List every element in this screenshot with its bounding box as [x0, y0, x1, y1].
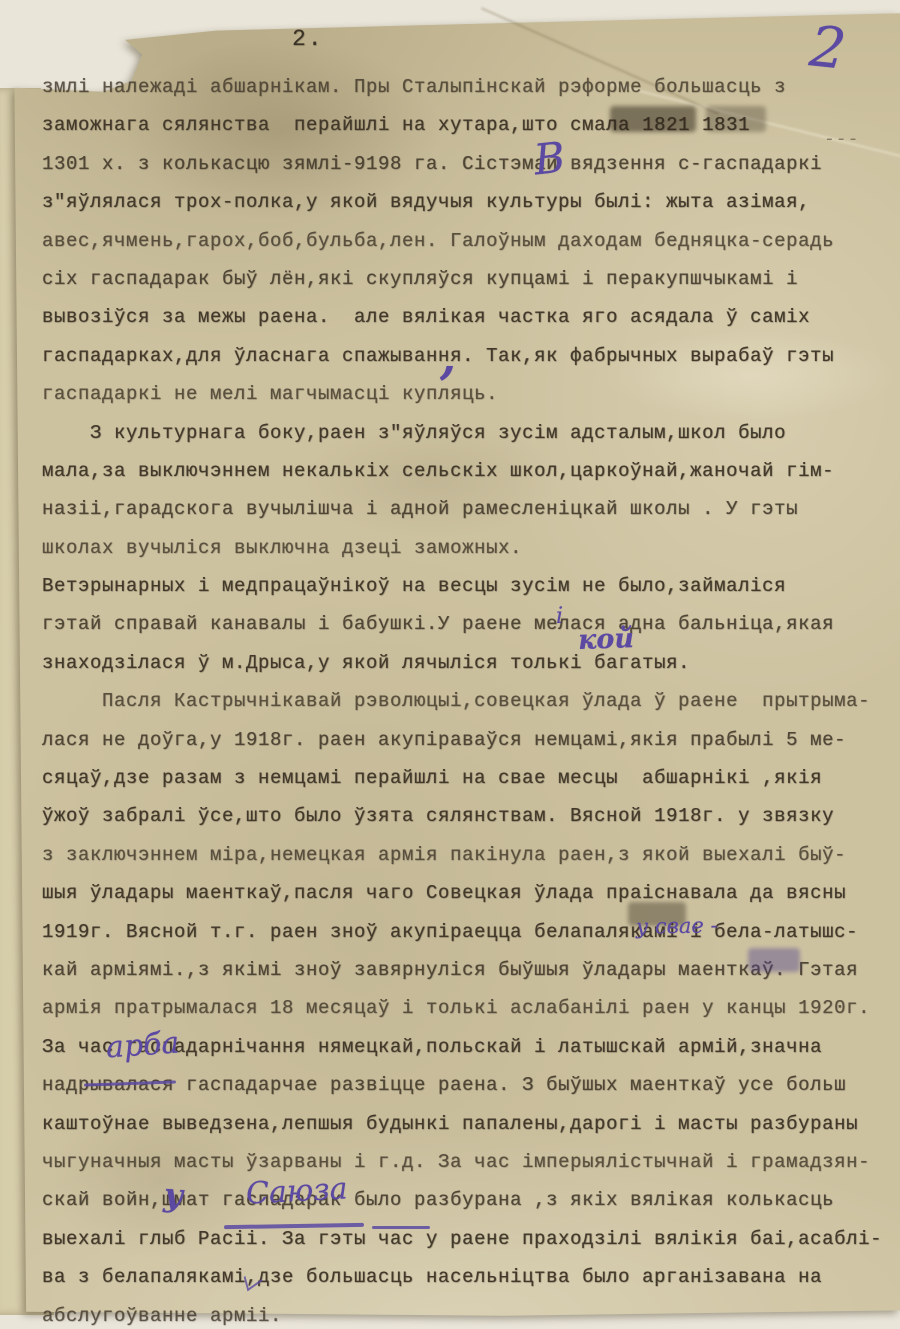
typed-line: гэтай справай канавалы і бабушкі.У раене…	[42, 605, 894, 643]
typed-line: знаходзілася ў м.Дрыса,у якой лячыліся т…	[42, 644, 894, 682]
correction-u-svaje: у свае -	[636, 913, 718, 938]
typed-line: сіх гаспадарак быў лён,які скупляўся куп…	[42, 260, 894, 298]
correction-i-insert: і	[556, 604, 563, 629]
typed-line: авес,ячмень,гарох,боб,бульба,лен. Галоўн…	[42, 222, 894, 260]
correction-comma-insert: ,	[440, 330, 456, 384]
typed-text-block: змлі належаді абшарнікам. Пры Сталыпінск…	[42, 68, 894, 1329]
typed-line: заможнага сялянства перайшлі на хутара,ш…	[42, 106, 894, 144]
typed-line: вывозіўся за межы раена. але вялікая час…	[42, 298, 894, 336]
typed-line: гаспадарках,для ўласнага спажывання. Так…	[42, 337, 894, 375]
typed-line: 1301 х. з колькасцю зямлі-9198 га. Сістэ…	[42, 145, 894, 183]
typed-line: выехалі глыб Расіі. За гэты час у раене …	[42, 1220, 894, 1258]
typed-line: назіі,гарадскога вучылішча і адной рамес…	[42, 490, 894, 528]
typed-line: сяцаў,дзе разам з немцамі перайшлі на св…	[42, 759, 894, 797]
typed-line: мала,за выключэннем некалькіх сельскіх ш…	[42, 452, 894, 490]
ink-smudge-purple	[748, 948, 800, 972]
typed-line: 1919г. Вясной т.г. раен зноў акупіраецца…	[42, 913, 894, 951]
typed-line: школах вучыліся выключна дзеці заможных.	[42, 529, 894, 567]
typed-line: Ветэрынарных і медпрацаўнікоў на весцы з…	[42, 567, 894, 605]
correction-letter-v: В	[532, 133, 568, 185]
typed-line: ва з белапалякамі,дзе большасць насельні…	[42, 1258, 894, 1296]
typed-line: шыя ўладары маенткаў,пасля чаго Совецкая…	[42, 874, 894, 912]
typed-line: надрывалася гаспадарчае развіцце раена. …	[42, 1066, 894, 1104]
ink-smudge	[706, 106, 766, 132]
typed-line: каштоўнае выведзена,лепшыя будынкі папал…	[42, 1105, 894, 1143]
correction-sajuza: Саюза	[245, 1171, 348, 1211]
correction-koj: кой	[577, 623, 634, 656]
typed-line: з заключэннем міра,немецкая армія пакіну…	[42, 836, 894, 874]
correction-u-insert: у	[163, 1175, 185, 1214]
typed-line: абслугоўванне арміі.	[42, 1297, 894, 1329]
typed-line: змлі належаді абшарнікам. Пры Сталыпінск…	[42, 68, 894, 106]
typed-line: армія пратрымалася 18 месяцаў і толькі а…	[42, 989, 894, 1027]
scanned-document-page: 2. --- 2 змлі належаді абшарнікам. Пры С…	[0, 0, 900, 1329]
typed-line: Пасля Кастрычнікавай рэволюцыі,совецкая …	[42, 682, 894, 720]
margin-note-arba: арба	[105, 1025, 181, 1065]
typed-line: З культурнага боку,раен з"яўляўся зусім …	[42, 414, 894, 452]
typed-page-number: 2.	[292, 26, 324, 52]
ink-smudge	[610, 106, 696, 132]
typed-line: гаспадаркі не мелі магчымасці купляць.	[42, 375, 894, 413]
strike-mark-dash	[372, 1226, 430, 1229]
typed-line: лася не доўга,у 1918г. раен акупіраваўся…	[42, 721, 894, 759]
typed-line: з"яўлялася трох-полка,у якой вядучыя кул…	[42, 183, 894, 221]
typed-line: ўжоў забралі ўсе,што было ўзята сялянств…	[42, 797, 894, 835]
